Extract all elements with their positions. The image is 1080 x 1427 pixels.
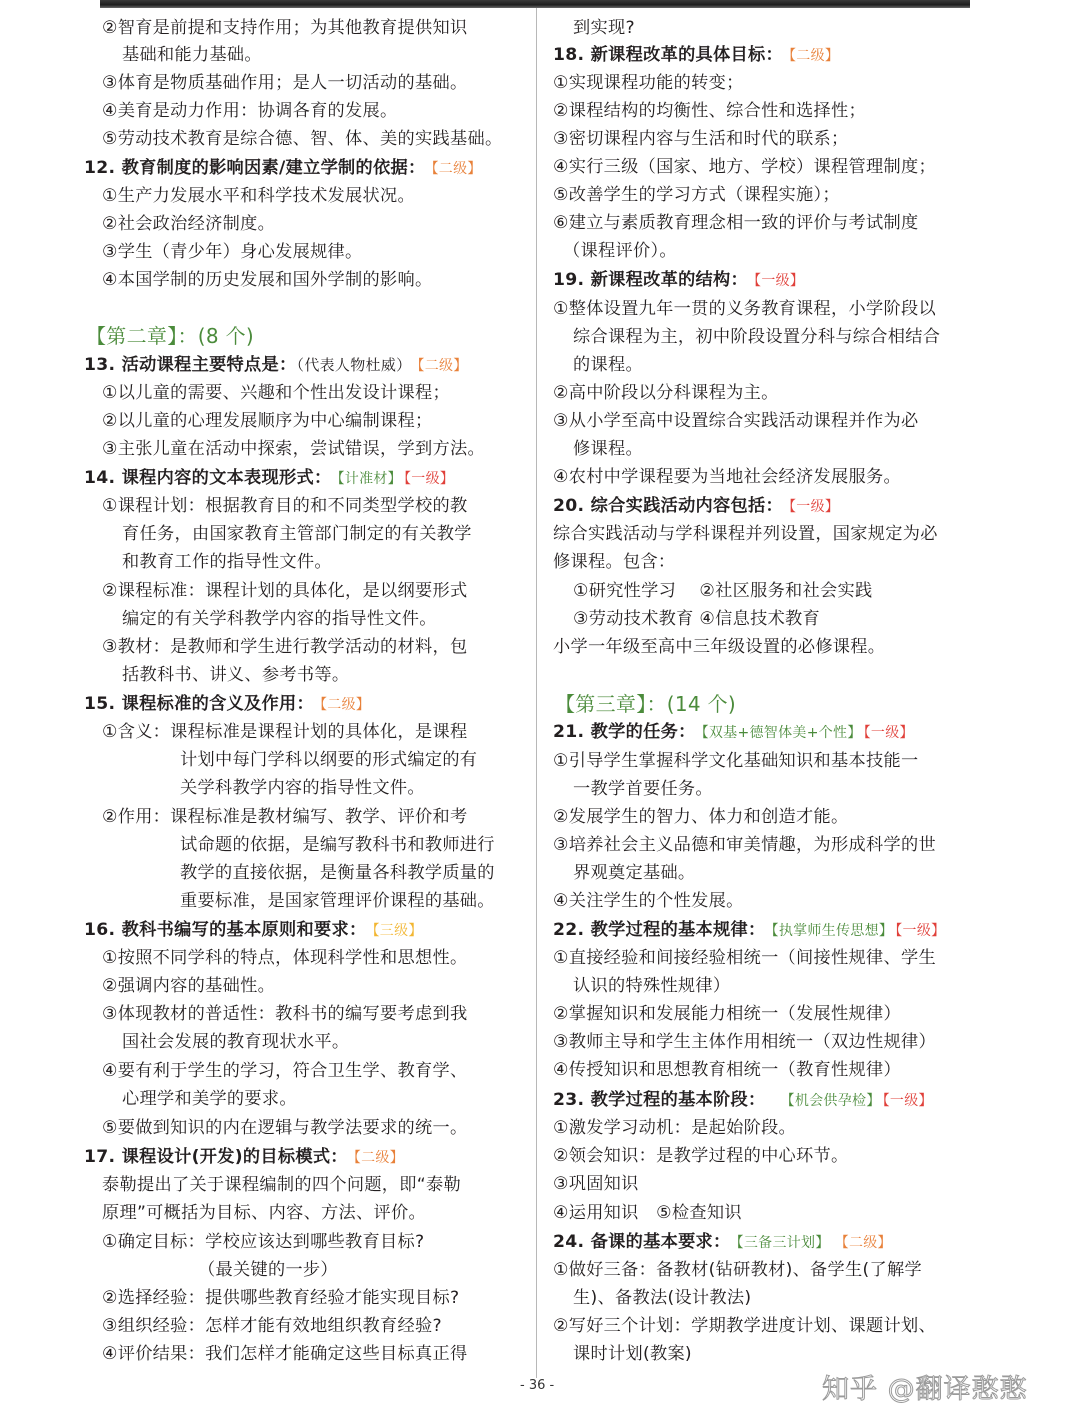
text-line: 生)、备教法(设计教法) [573,1284,751,1312]
text-line: ②作用：课程标准是教材编写、教学、评价和考 [102,803,467,831]
level-tag: 【二级】 [842,1235,892,1251]
text-line: ①做好三备：备教材(钻研教材)、备学生(了解学 [553,1256,922,1284]
mnemonic-tag: 【执掌师生传思想】 [772,923,894,939]
watermark: 知乎 @翻译憨憨 [822,1367,1028,1406]
list-item: ①生产力发展水平和科学技术发展状况。 [102,182,415,210]
question-12-heading: 12. 教育制度的影响因素/建立学制的依据：【二级】 [84,154,482,182]
mnemonic-tag: 【双基+德智体美+个性】 [702,725,862,741]
text-line: ①实现课程功能的转变； [553,69,744,97]
text-line: ②发展学生的智力、体力和创造才能。 [553,803,849,831]
text-line: ②强调内容的基础性。 [102,972,275,1000]
chapter-2-heading: 【第二章】：(8 个) [86,322,254,350]
list-item: ①以儿童的需要、兴趣和个性出发设计课程； [102,379,450,407]
text-line: ④要有利于学生的学习，符合卫生学、教育学、 [102,1057,467,1085]
question-19-heading: 19. 新课程改革的结构：【一级】 [553,266,804,294]
question-15-heading: 15. 课程标准的含义及作用：【二级】 [84,690,370,718]
note: （代表人物杜威） [297,356,412,374]
text-line: ①确定目标：学校应该达到哪些教育目标? [102,1228,424,1256]
question-title: 23. 教学过程的基本阶段： [553,1090,766,1110]
text-line: ③体育是物质基础作用；是人一切活动的基础。 [102,69,467,97]
question-title: 17. 课程设计(开发)的目标模式： [84,1147,348,1167]
column-divider [536,8,537,1378]
level-tag: 【一级】 [895,923,945,939]
text-line: ①按照不同学科的特点，体现科学性和思想性。 [102,944,467,972]
text-line: 综合实践活动与学科课程并列设置，国家规定为必 [553,520,938,548]
level-tag: 【二级】 [417,358,467,374]
question-title: 16. 教科书编写的基本原则和要求： [84,920,366,940]
text-line: ②掌握知识和发展能力相统一（发展性规律） [553,1000,901,1028]
level-tag: 【二级】 [320,697,370,713]
question-18-heading: 18. 新课程改革的具体目标：【二级】 [553,41,839,69]
question-22-heading: 22. 教学过程的基本规律：【执掌师生传思想】【一级】 [553,916,945,944]
text-line: （最关键的一步） [198,1256,338,1284]
question-title: 24. 备课的基本要求： [553,1232,731,1252]
text-line: 修课程。包含： [553,548,675,576]
question-23-heading: 23. 教学过程的基本阶段：【机会供孕检】【一级】 [553,1086,933,1114]
question-title: 20. 综合实践活动内容包括： [553,496,783,516]
text-line: （课程评价）。 [563,237,677,265]
text-line: ①整体设置九年一贯的义务教育课程，小学阶段以 [553,295,936,323]
text-line: ③培养社会主义品德和审美情趣，为形成科学的世 [553,831,936,859]
text-line: ③教材：是教师和学生进行教学活动的材料，包 [102,633,467,661]
question-title: 19. 新课程改革的结构： [553,270,748,290]
question-title: 21. 教学的任务： [553,722,696,742]
text-line: 泰勒提出了关于课程编制的四个问题，即“泰勒 [102,1171,461,1199]
question-14-heading: 14. 课程内容的文本表现形式：【计准材】【一级】 [84,464,454,492]
list-item: ②以儿童的心理发展顺序为中心编制课程； [102,407,433,435]
text-line: ③巩固知识 [553,1170,639,1198]
text-line: ②领会知识：是教学过程的中心环节。 [553,1142,849,1170]
text-line: 心理学和美学的要求。 [122,1085,297,1113]
question-title: 22. 教学过程的基本规律： [553,920,766,940]
level-tag: 【三级】 [372,923,422,939]
mnemonic-tag: 【机会供孕检】 [788,1093,881,1109]
text-line: ③从小学至高中设置综合实践活动课程并作为必 [553,407,918,435]
text-line: 原理”可概括为目标、内容、方法、评价。 [102,1199,426,1227]
level-tag: 【一级】 [789,499,839,515]
level-tag: 【一级】 [883,1093,933,1109]
text-line: ④运用知识 ⑤检查知识 [553,1199,742,1227]
text-line: 和教育工作的指导性文件。 [122,548,332,576]
text-line: ⑥建立与素质教育理念相一致的评价与考试制度 [553,209,918,237]
question-20-heading: 20. 综合实践活动内容包括：【一级】 [553,492,839,520]
text-line: 编定的有关学科教学内容的指导性文件。 [122,605,437,633]
level-tag: 【二级】 [789,48,839,64]
text-line: 界观奠定基础。 [573,859,695,887]
text-line: 课时计划(教案) [573,1340,692,1368]
page-number: - 36 - [520,1378,554,1393]
text-line: ①激发学习动机：是起始阶段。 [553,1114,796,1142]
text-line: 小学一年级至高中三年级设置的必修课程。 [553,633,885,661]
mnemonic-tag: 【计准材】 [337,471,402,487]
question-title: 14. 课程内容的文本表现形式： [84,468,331,488]
text-line: ③教师主导和学生主体作用相统一（双边性规律） [553,1028,936,1056]
text-line: 修课程。 [573,435,643,463]
question-13-heading: 13. 活动课程主要特点是：（代表人物杜威）【二级】 [84,351,468,379]
text-line: ②智育是前提和支持作用；为其他教育提供知识 [102,14,467,42]
question-24-heading: 24. 备课的基本要求：【三备三计划】【二级】 [553,1228,892,1256]
question-title: 13. 活动课程主要特点是： [84,355,297,375]
text-line: ④农村中学课程要为当地社会经济发展服务。 [553,463,901,491]
page-top-rule [100,0,970,8]
level-tag: 【一级】 [404,471,454,487]
text-line: ③劳动技术教育 ④信息技术教育 [573,605,820,633]
chapter-3-heading: 【第三章】：(14 个) [555,690,736,718]
text-line: ④美育是动力作用：协调各育的发展。 [102,97,398,125]
text-line: ②写好三个计划：学期教学进度计划、课题计划、 [553,1312,936,1340]
level-tag: 【二级】 [354,1150,404,1166]
question-21-heading: 21. 教学的任务：【双基+德智体美+个性】【一级】 [553,718,914,746]
text-line: 试命题的依据，是编写教科书和教师进行 [180,831,495,859]
level-tag: 【一级】 [754,273,804,289]
text-line: ①课程计划：根据教育目的和不同类型学校的教 [102,492,467,520]
text-line: ③密切课程内容与生活和时代的联系； [553,125,849,153]
question-title: 15. 课程标准的含义及作用： [84,694,314,714]
text-line: 重要标准，是国家管理评价课程的基础。 [180,887,495,915]
question-title: 12. 教育制度的影响因素/建立学制的依据： [84,158,426,178]
mnemonic-tag: 【三备三计划】 [737,1235,830,1251]
text-line: 育任务，由国家教育主管部门制定的有关教学 [122,520,472,548]
text-line: ①研究性学习 ②社区服务和社会实践 [573,577,873,605]
text-line: ①含义：课程标准是课程计划的具体化，是课程 [102,718,467,746]
list-item: ③学生（青少年）身心发展规律。 [102,238,363,266]
question-16-heading: 16. 教科书编写的基本原则和要求：【三级】 [84,916,423,944]
text-line: 到实现? [573,14,635,42]
text-line: ⑤要做到知识的内在逻辑与教学法要求的统一。 [102,1114,467,1142]
text-line: ③体现教材的普适性：教科书的编写要考虑到我 [102,1000,467,1028]
text-line: 教学的直接依据，是衡量各科教学质量的 [180,859,495,887]
text-line: 括教科书、讲义、参考书等。 [122,661,349,689]
text-line: ①引导学生掌握科学文化基础知识和基本技能一 [553,747,918,775]
text-line: ②课程结构的均衡性、综合性和选择性； [553,97,866,125]
text-line: ④实行三级（国家、地方、学校）课程管理制度； [553,153,936,181]
list-item: ③主张儿童在活动中探索，尝试错误，学到方法。 [102,435,485,463]
text-line: ②选择经验：提供哪些教育经验才能实现目标? [102,1284,459,1312]
list-item: ②社会政治经济制度。 [102,210,275,238]
text-line: 关学科教学内容的指导性文件。 [180,774,425,802]
level-tag: 【一级】 [864,725,914,741]
level-tag: 【二级】 [432,161,482,177]
text-line: 国社会发展的教育现状水平。 [122,1028,349,1056]
text-line: ④评价结果：我们怎样才能确定这些目标真正得 [102,1340,467,1368]
question-title: 18. 新课程改革的具体目标： [553,45,783,65]
text-line: ②高中阶段以分科课程为主。 [553,379,779,407]
text-line: 一教学首要任务。 [573,775,713,803]
text-line: ③组织经验：怎样才能有效地组织教育经验? [102,1312,442,1340]
text-line: ⑤劳动技术教育是综合德、智、体、美的实践基础。 [102,125,502,153]
text-line: ②课程标准：课程计划的具体化，是以纲要形式 [102,577,467,605]
text-line: 综合课程为主，初中阶段设置分科与综合相结合 [573,323,940,351]
text-line: 认识的特殊性规律） [573,972,730,1000]
text-line: 的课程。 [573,351,643,379]
text-line: 计划中每门学科以纲要的形式编定的有 [180,746,477,774]
question-17-heading: 17. 课程设计(开发)的目标模式：【二级】 [84,1143,404,1171]
text-line: ④传授知识和思想教育相统一（教育性规律） [553,1056,901,1084]
text-line: ①直接经验和间接经验相统一（间接性规律、学生 [553,944,936,972]
text-line: 基础和能力基础。 [122,41,262,69]
text-line: ④关注学生的个性发展。 [553,887,744,915]
text-line: ⑤改善学生的学习方式（课程实施）； [553,181,840,209]
list-item: ④本国学制的历史发展和国外学制的影响。 [102,266,433,294]
